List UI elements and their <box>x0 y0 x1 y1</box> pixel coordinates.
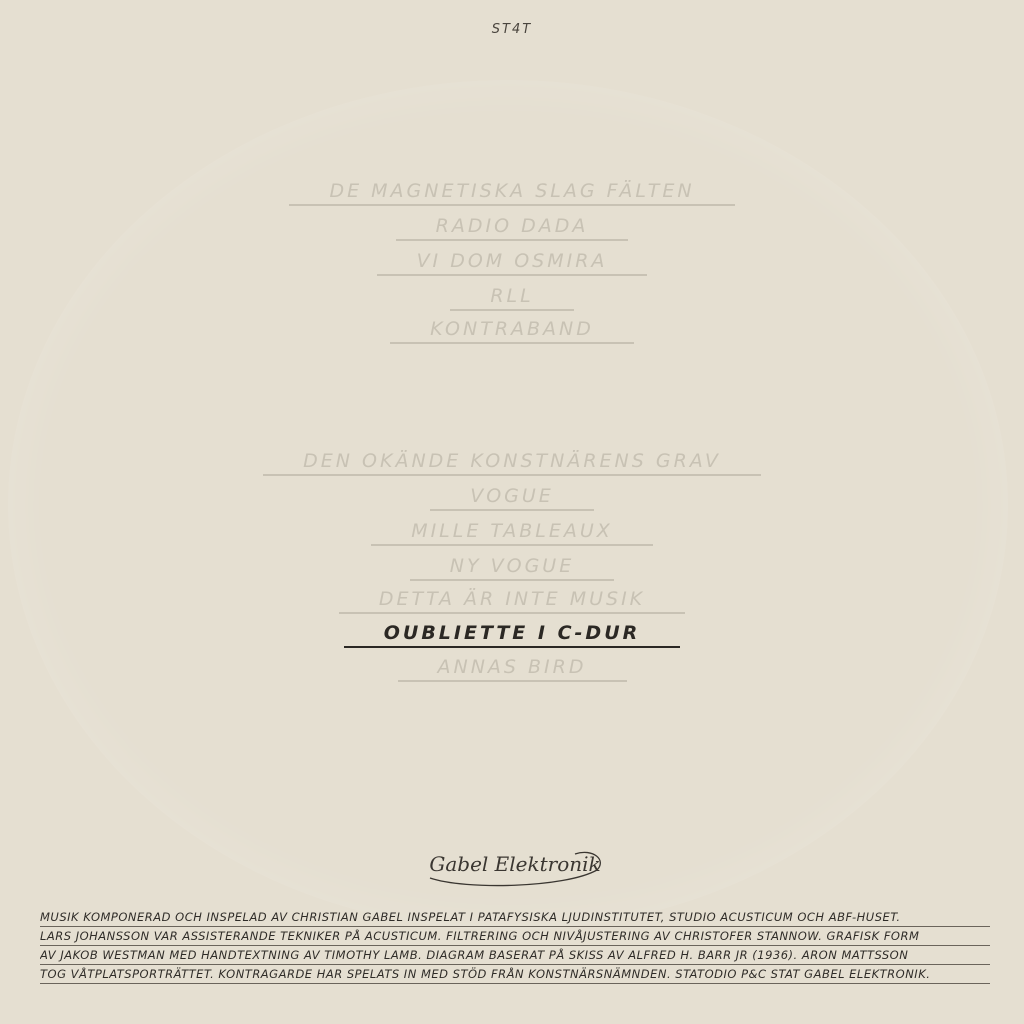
credits-line: tog våtplatsporträttet. Kontragarde har … <box>40 965 990 984</box>
track-b6-highlighted: Oubliette i C-dur <box>0 622 1024 648</box>
credits-line: Lars Johansson var assisterande tekniker… <box>40 927 990 946</box>
track-b2: Vogue <box>0 485 1024 511</box>
track-b7: Annas Bird <box>0 656 1024 682</box>
track-a5: Kontraband <box>0 318 1024 344</box>
catalog-number: ST4T <box>0 22 1024 37</box>
track-a2: Radio Dada <box>0 215 1024 241</box>
track-b1: Den okände konstnärens grav <box>0 450 1024 476</box>
track-b5: Detta är inte musik <box>0 588 1024 614</box>
track-b4: Ny Vogue <box>0 555 1024 581</box>
credits-line: av Jakob Westman med handtextning av Tim… <box>40 946 990 965</box>
credits-block: Musik komponerad och inspelad av Christi… <box>40 908 990 984</box>
track-a1: De magnetiska slag fälten <box>0 180 1024 206</box>
gabel-elektronik-logo: Gabel Elektronik <box>425 840 605 890</box>
track-a3: Vi dom osmira <box>0 250 1024 276</box>
track-a4: RLL <box>0 285 1024 311</box>
credits-line: Musik komponerad och inspelad av Christi… <box>40 908 990 927</box>
track-b3: Mille Tableaux <box>0 520 1024 546</box>
